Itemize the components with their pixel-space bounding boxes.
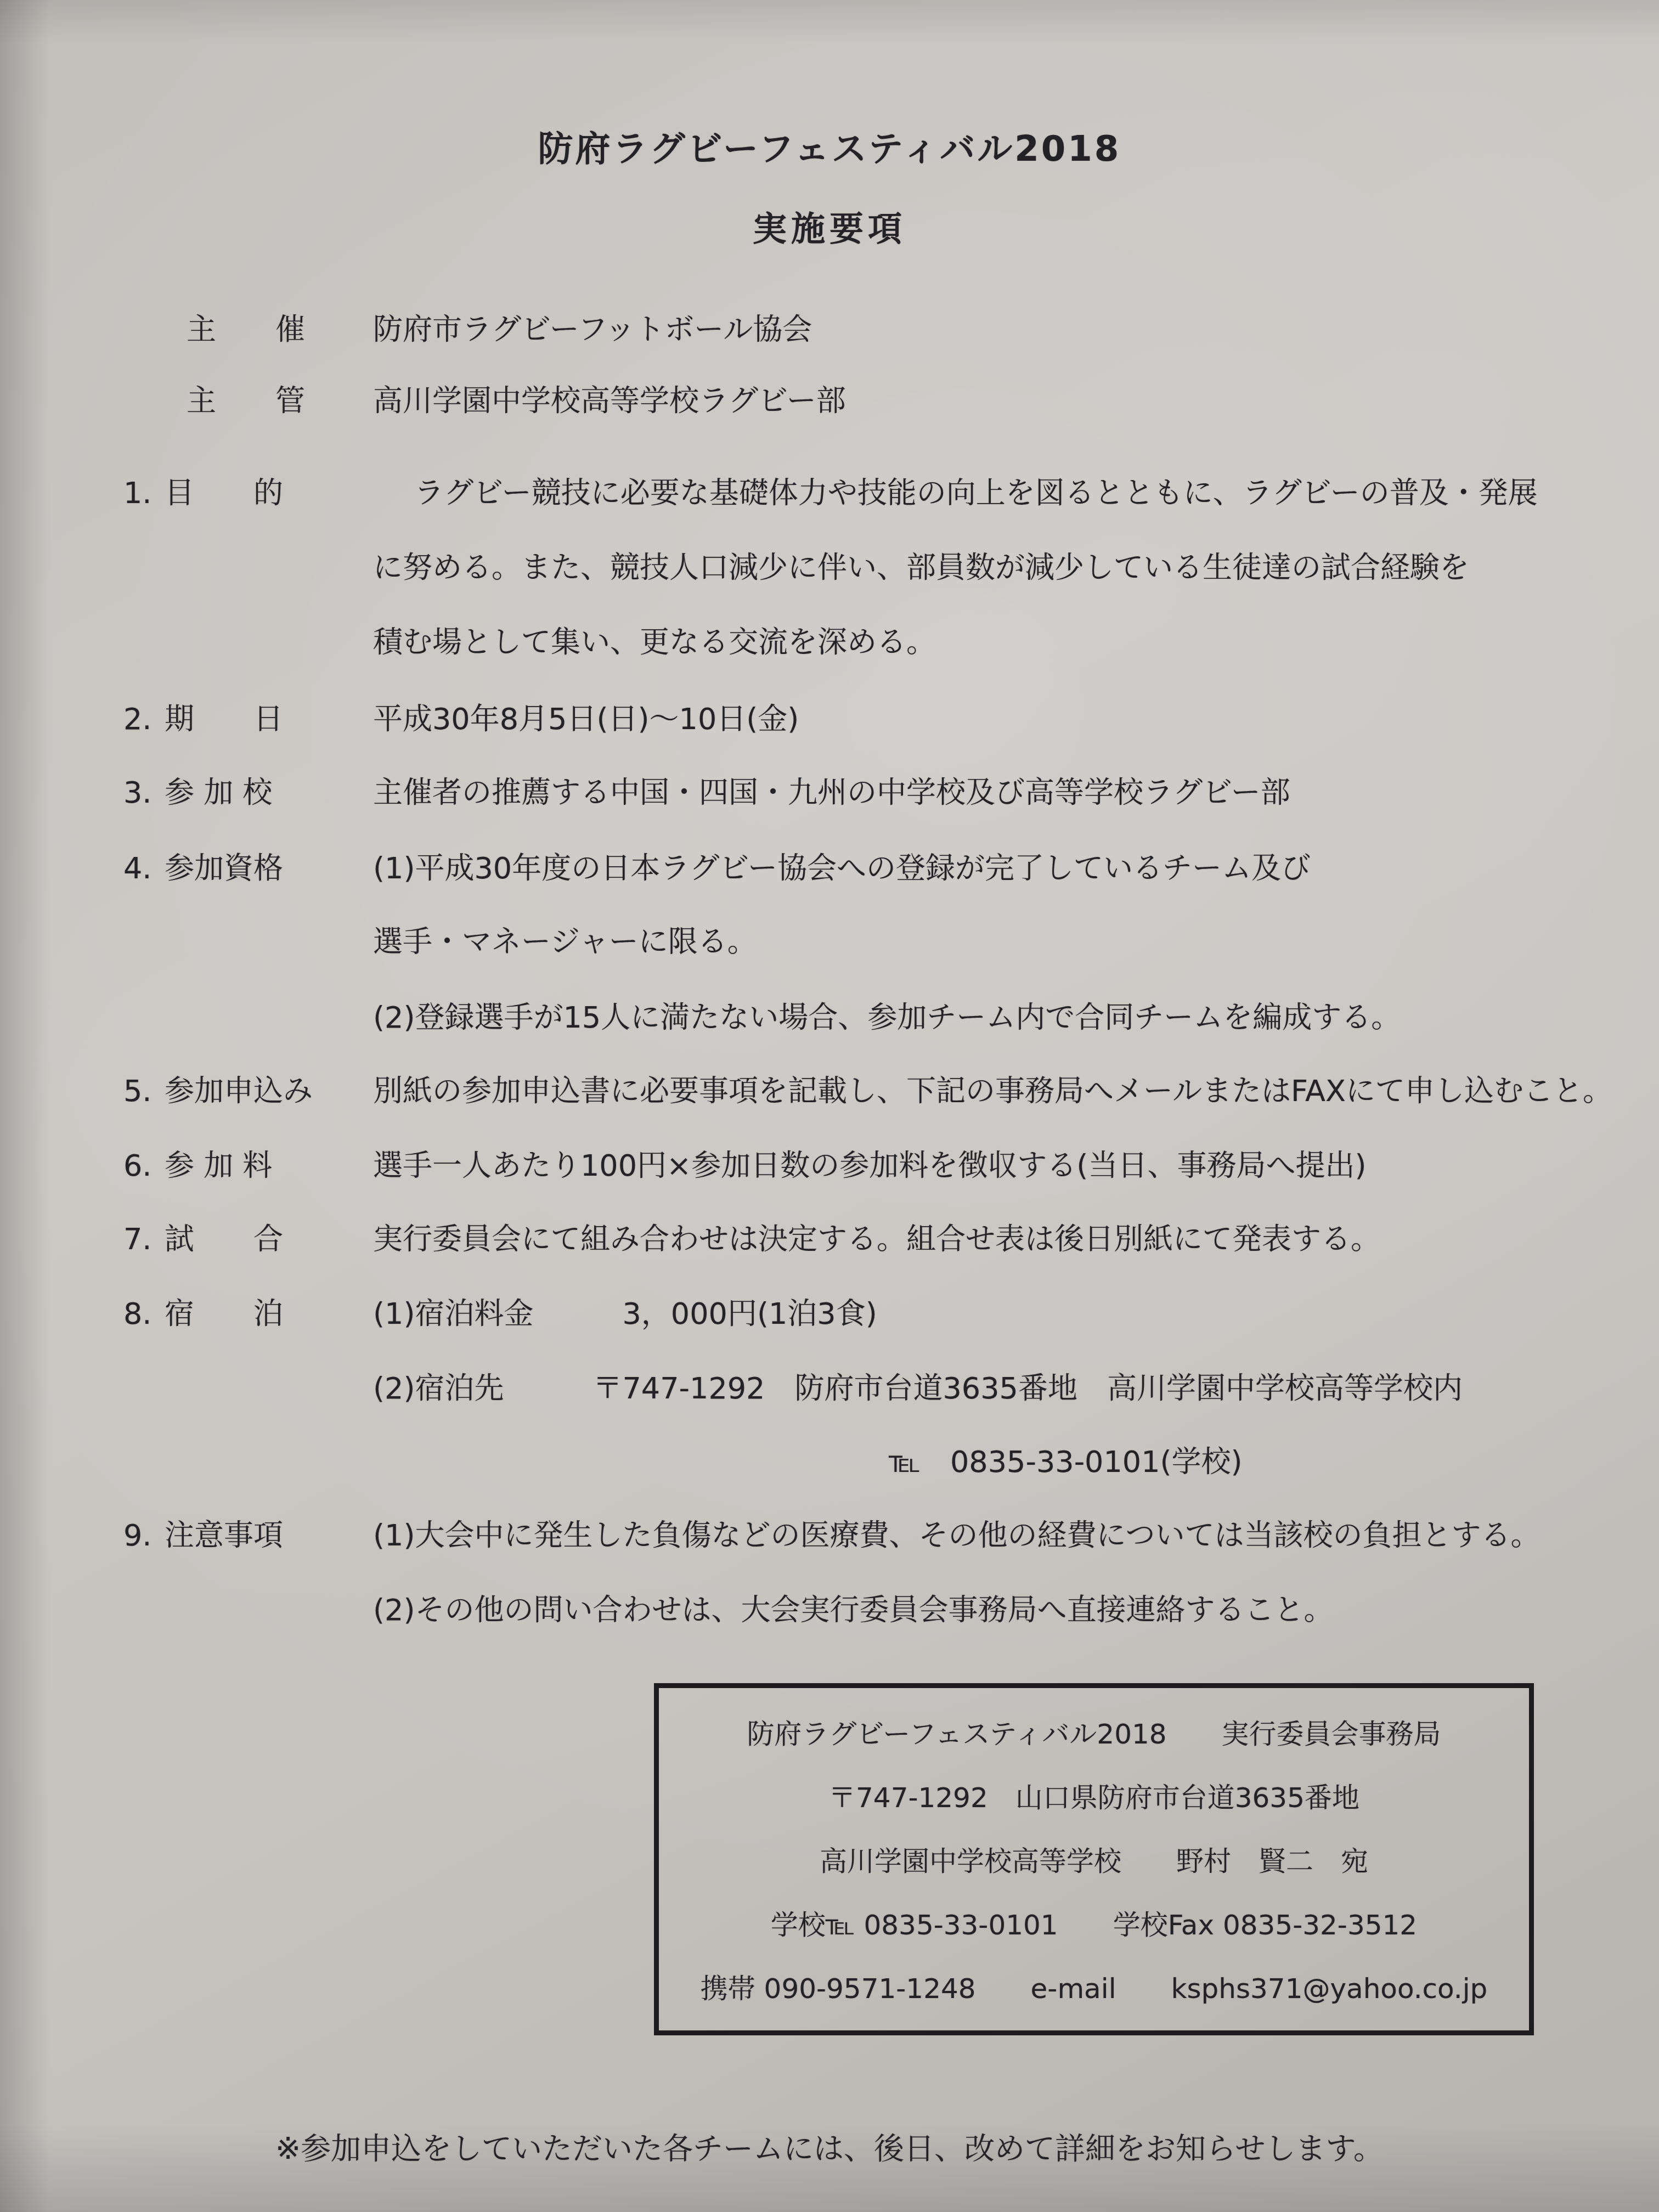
item-number: 8. (123, 1296, 165, 1331)
item-text: 別紙の参加申込書に必要事項を記載し、下記の事務局へメールまたはFAXにて申し込む… (373, 1074, 1612, 1108)
item-participating-schools: 3.参 加 校主催者の推薦する中国・四国・九州の中学校及び高等学校ラグビー部 (123, 769, 1290, 811)
item-text: (1)宿泊料金 3，000円(1泊3食) (373, 1296, 877, 1331)
item-number: 2. (123, 702, 165, 736)
item-label: 参加申込み (165, 1068, 373, 1110)
item-number: 7. (123, 1222, 165, 1256)
item-text: 平成30年8月5日(日)～10日(金) (373, 702, 799, 736)
office-box-mobile-email: 携帯 090-9571-1248 e-mail ksphs371@yahoo.c… (701, 1967, 1488, 2006)
item-label: 注意事項 (165, 1512, 373, 1554)
item-label: 宿 泊 (165, 1290, 373, 1333)
item-label: 参 加 校 (165, 769, 373, 811)
item-purpose: 1.目 的ラグビー競技に必要な基礎体力や技能の向上を図るとともに、ラグビーの普及… (123, 470, 1538, 512)
item-matches: 7.試 合実行委員会にて組み合わせは決定する。組合せ表は後日別紙にて発表する。 (123, 1216, 1380, 1258)
organizer-label: 主 催 (187, 306, 373, 348)
item-number: 5. (123, 1074, 165, 1108)
item-date: 2.期 日平成30年8月5日(日)～10日(金) (123, 696, 799, 738)
supervisor-value: 高川学園中学校高等学校ラグビー部 (373, 383, 846, 418)
item-text: 主催者の推薦する中国・四国・九州の中学校及び高等学校ラグビー部 (373, 775, 1290, 810)
item-number: 1. (123, 476, 165, 510)
item-label: 参加資格 (165, 845, 373, 887)
item-notes-line2: (2)その他の問い合わせは、大会実行委員会事務局へ直接連絡すること。 (373, 1587, 1334, 1629)
supervisor-label: 主 管 (187, 377, 373, 420)
item-text: (1)平成30年度の日本ラグビー協会への登録が完了しているチーム及び (373, 851, 1311, 885)
office-box-tel-fax: 学校℡ 0835-33-0101 学校Fax 0835-32-3512 (771, 1903, 1417, 1943)
item-text: 実行委員会にて組み合わせは決定する。組合せ表は後日別紙にて発表する。 (373, 1222, 1380, 1256)
document-title: 防府ラグビーフェスティバル2018 (0, 121, 1659, 171)
organizer-value: 防府市ラグビーフットボール協会 (373, 312, 812, 347)
item-number: 4. (123, 851, 165, 885)
supervisor-row: 主 管高川学園中学校高等学校ラグビー部 (187, 377, 846, 420)
item-eligibility-line2: 選手・マネージャーに限る。 (373, 918, 757, 961)
item-lodging-tel: ℡ 0835-33-0101(学校) (889, 1438, 1243, 1481)
item-eligibility: 4.参加資格(1)平成30年度の日本ラグビー協会への登録が完了しているチーム及び (123, 845, 1311, 887)
document-page: 防府ラグビーフェスティバル2018 実施要項 主 催防府市ラグビーフットボール協… (0, 0, 1659, 2212)
document-subtitle: 実施要項 (0, 202, 1659, 251)
item-lodging-line2: (2)宿泊先 〒747-1292 防府市台道3635番地 高川学園中学校高等学校… (373, 1365, 1463, 1407)
item-number: 6. (123, 1148, 165, 1183)
item-fee: 6.参 加 料選手一人あたり100円×参加日数の参加料を徴収する(当日、事務局へ… (123, 1142, 1366, 1184)
item-text: 選手一人あたり100円×参加日数の参加料を徴収する(当日、事務局へ提出) (373, 1148, 1366, 1183)
office-contact-box: 防府ラグビーフェスティバル2018 実行委員会事務局 〒747-1292 山口県… (654, 1683, 1534, 2035)
office-box-address: 〒747-1292 山口県防府市台道3635番地 (828, 1776, 1359, 1815)
item-label: 目 的 (165, 470, 373, 512)
item-purpose-line3: 積む場として集い、更なる交流を深める。 (373, 619, 936, 661)
item-label: 試 合 (165, 1216, 373, 1258)
item-label: 参 加 料 (165, 1142, 373, 1184)
item-eligibility-line3: (2)登録選手が15人に満たない場合、参加チーム内で合同チームを編成する。 (373, 994, 1401, 1036)
item-text: ラグビー競技に必要な基礎体力や技能の向上を図るとともに、ラグビーの普及・発展 (373, 476, 1538, 510)
organizer-row: 主 催防府市ラグビーフットボール協会 (187, 306, 812, 348)
footnote: ※参加申込をしていただいた各チームには、後日、改めて詳細をお知らせします。 (0, 2124, 1659, 2168)
office-box-title: 防府ラグビーフェスティバル2018 実行委員会事務局 (747, 1712, 1441, 1752)
item-lodging: 8.宿 泊(1)宿泊料金 3，000円(1泊3食) (123, 1290, 877, 1333)
item-label: 期 日 (165, 696, 373, 738)
item-purpose-line2: に努める。また、競技人口減少に伴い、部員数が減少している生徒達の試合経験を (373, 544, 1469, 586)
item-number: 9. (123, 1518, 165, 1553)
item-application: 5.参加申込み別紙の参加申込書に必要事項を記載し、下記の事務局へメールまたはFA… (123, 1068, 1612, 1110)
item-number: 3. (123, 775, 165, 810)
item-notes: 9.注意事項(1)大会中に発生した負傷などの医療費、その他の経費については当該校… (123, 1512, 1540, 1554)
office-box-recipient: 高川学園中学校高等学校 野村 賢二 宛 (820, 1839, 1368, 1879)
item-text: (1)大会中に発生した負傷などの医療費、その他の経費については当該校の負担とする… (373, 1518, 1540, 1553)
